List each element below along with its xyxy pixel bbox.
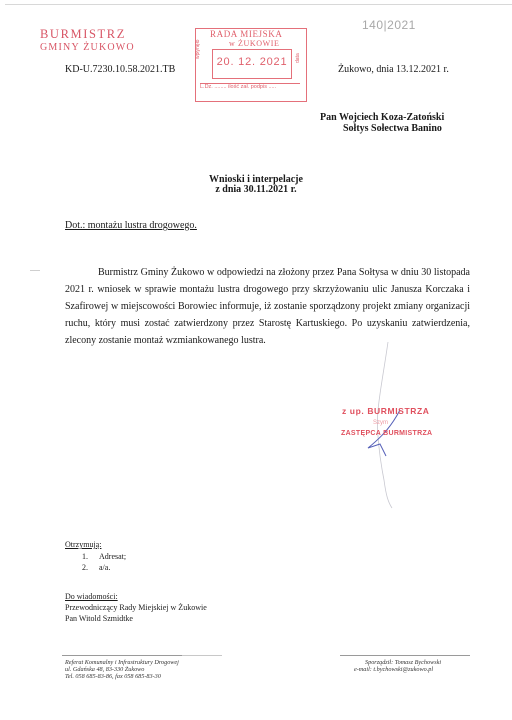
stamp-subtitle: w ŻUKOWIE <box>229 39 280 48</box>
distribution-heading: Otrzymują: <box>65 540 101 549</box>
document-title-date: z dnia 30.11.2021 r. <box>0 184 512 195</box>
margin-mark <box>30 270 40 271</box>
footer-department: Referat Komunalny i Infrastruktury Drogo… <box>65 659 179 666</box>
letter-body: Burmistrz Gminy Żukowo w odpowiedzi na z… <box>65 264 470 349</box>
for-information-item: Przewodniczący Rady Miejskiej w Żukowie <box>65 603 207 612</box>
distribution-item-number: 1. <box>82 552 88 561</box>
footer-address: ul. Gdańska 48, 83-330 Żukowo <box>65 666 144 673</box>
footer-phone: Tel. 058 685-83-86, fax 058 685-83-30 <box>65 673 161 680</box>
letterhead-title: BURMISTRZ <box>40 27 126 42</box>
footer-email: e-mail: t.bychowski@zukowo.pl <box>354 666 433 673</box>
footer-divider-left-fade <box>182 655 222 656</box>
received-stamp: RADA MIEJSKA w ŻUKOWIE 20. 12. 2021 wpły… <box>195 28 307 102</box>
distribution-item-value: Adresat; <box>99 552 126 561</box>
distribution-item-number: 2. <box>82 563 88 572</box>
stamp-bottom-label: L.Dz. ........ ilość zał. podpis ..... <box>200 84 276 90</box>
stamp-title: RADA MIEJSKA <box>210 29 282 39</box>
letterhead-subtitle: GMINY ŻUKOWO <box>40 42 135 53</box>
footer-divider-right <box>340 655 470 656</box>
top-edge-line <box>5 4 512 5</box>
distribution-item: 2. a/a. <box>82 563 202 575</box>
signature-name: Szym <box>373 420 388 426</box>
registration-number: 140|2021 <box>362 18 416 32</box>
subject-line: Dot.: montażu lustra drogowego. <box>65 220 197 231</box>
signature-title: ZASTĘPCA BURMISTRZA <box>341 430 432 437</box>
recipient-name: Pan Wojciech Koza-Zatoński <box>320 112 444 123</box>
place-date: Żukowo, dnia 13.12.2021 r. <box>338 64 449 75</box>
stamp-date-box: 20. 12. 2021 <box>212 49 292 79</box>
footer-divider-left <box>62 655 182 656</box>
for-information-item: Pan Witold Szmidtke <box>65 614 133 623</box>
signature-authority: z up. BURMISTRZA <box>342 406 430 416</box>
footer-prepared-by: Sporządził: Tomasz Bychowski <box>365 659 441 666</box>
stamp-left-label: wpłynęło <box>195 40 201 59</box>
stamp-right-label: data <box>295 53 301 63</box>
recipient-role: Sołtys Sołectwa Banino <box>343 123 442 134</box>
for-information-heading: Do wiadomości: <box>65 592 118 601</box>
distribution-item-value: a/a. <box>99 563 110 572</box>
reference-number: KD-U.7230.10.58.2021.TB <box>65 64 175 75</box>
stamp-date: 20. 12. 2021 <box>213 56 291 68</box>
